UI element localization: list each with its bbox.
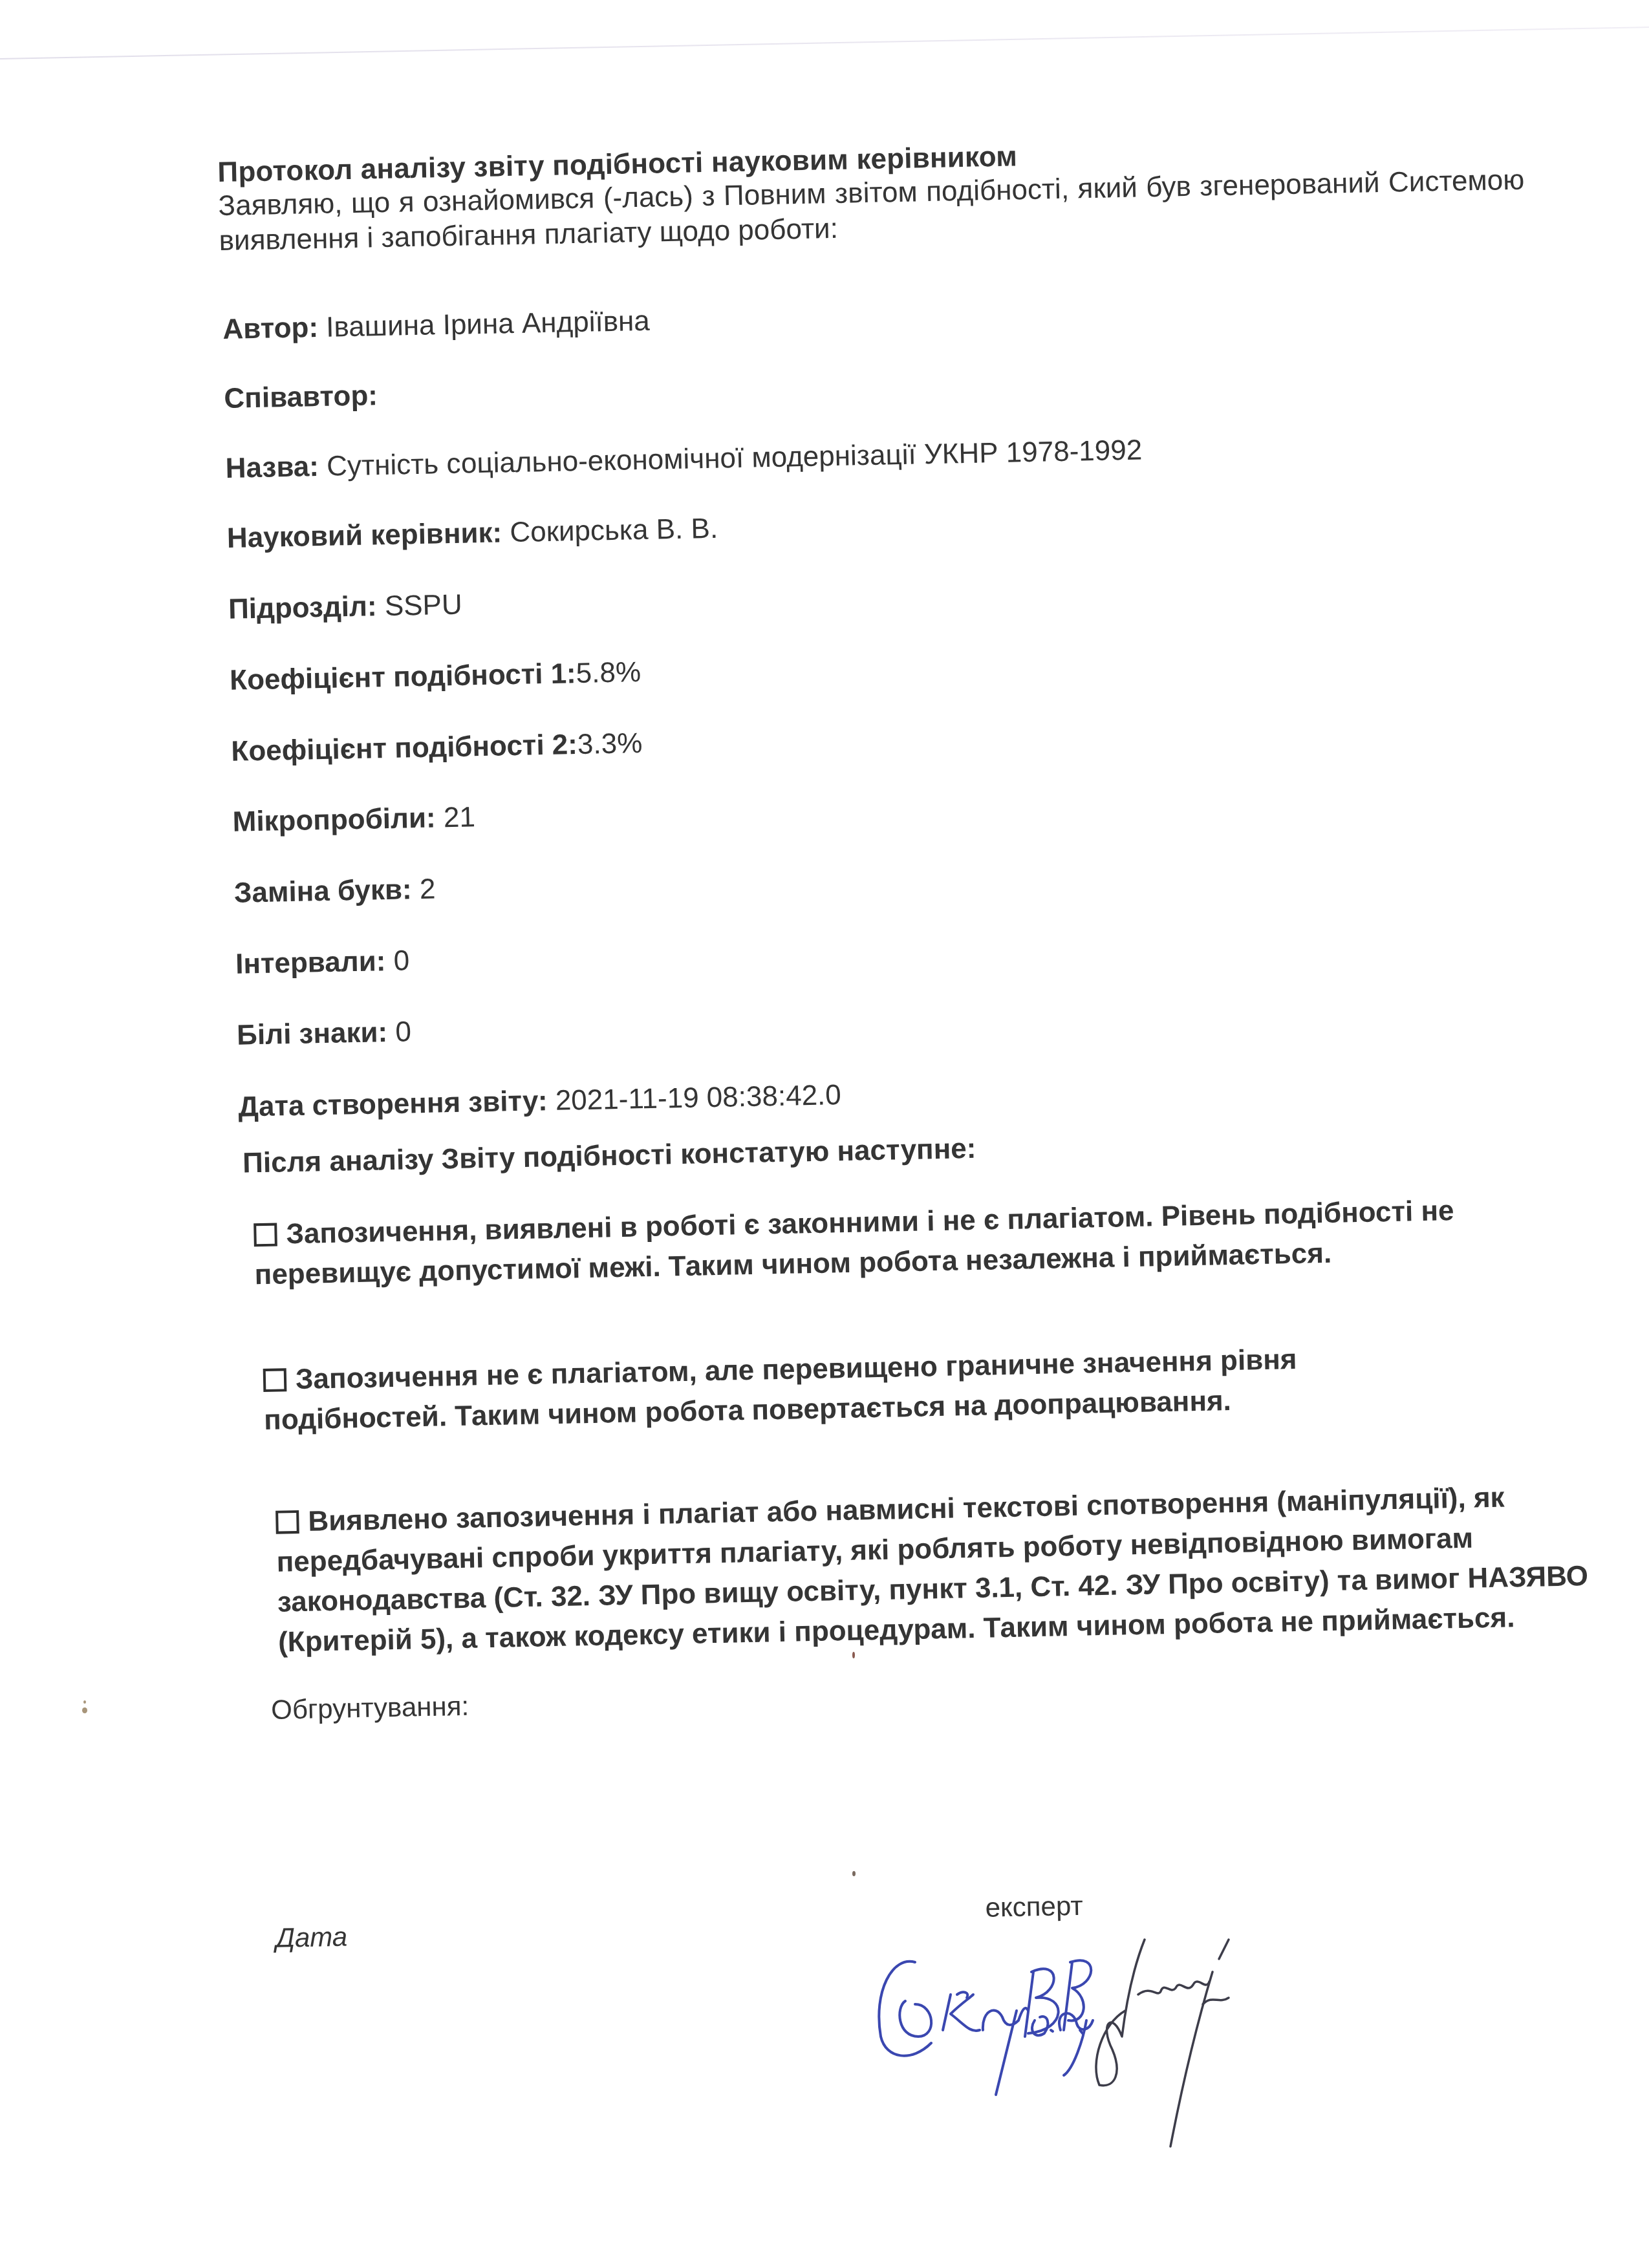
field-value: 21 [443, 801, 475, 833]
field-value: 3.3% [577, 727, 642, 760]
field-microspaces: Мікропробіли: 21 [232, 801, 475, 839]
field-label: Мікропробіли: [232, 802, 436, 838]
option-accepted: Запозичення, виявлені в роботі є законни… [253, 1190, 1522, 1295]
option-rejected: Виявлено запозичення і плагіат або навми… [275, 1476, 1604, 1663]
field-intervals: Інтервали: 0 [235, 945, 410, 980]
field-similarity-2: Коефіцієнт подібності 2:3.3% [231, 727, 643, 768]
handwritten-signature [867, 1933, 1610, 2153]
field-value: Івашина Ірина Андріївна [326, 305, 651, 343]
field-value: Сутність соціально-економічної модерніза… [327, 434, 1143, 482]
field-supervisor: Науковий керівник: Сокирська В. В. [226, 513, 718, 555]
field-label: Заміна букв: [233, 873, 412, 909]
option-revision: Запозичення не є плагіатом, але перевище… [263, 1337, 1441, 1441]
field-label: Підрозділ: [228, 590, 378, 625]
field-label: Коефіцієнт подібності 2: [231, 729, 577, 767]
protocol-page: Протокол аналізу звіту подібності науков… [0, 0, 1649, 2268]
signature-name-strokes [879, 1962, 1093, 2095]
field-title: Назва: Сутність соціально-економічної мо… [225, 434, 1142, 484]
signature-initials-strokes [1025, 1960, 1091, 2037]
option-text: Запозичення, виявлені в роботі є законни… [254, 1195, 1454, 1290]
justification-label: Обгрунтування: [271, 1691, 469, 1726]
statement-heading: Після аналізу Звіту подібності констатую… [242, 1133, 976, 1180]
field-similarity-1: Коефіцієнт подібності 1:5.8% [230, 656, 641, 697]
field-value: 2021-11-19 08:38:42.0 [555, 1079, 841, 1117]
field-white-chars: Білі знаки: 0 [237, 1016, 412, 1051]
field-value: 2 [419, 873, 435, 905]
field-label: Науковий керівник: [226, 517, 502, 554]
option-text: Запозичення не є плагіатом, але перевище… [264, 1343, 1297, 1436]
field-label: Білі знаки: [237, 1016, 388, 1051]
field-label: Коефіцієнт подібності 1: [230, 658, 576, 696]
field-department: Підрозділ: SSPU [228, 589, 463, 626]
field-label: Співавтор: [224, 380, 378, 414]
field-value: 0 [395, 1016, 411, 1047]
checkbox-rejected[interactable] [275, 1510, 299, 1534]
field-value: 5.8% [576, 656, 641, 689]
checkbox-accepted[interactable] [253, 1223, 277, 1247]
checkbox-revision[interactable] [263, 1368, 287, 1392]
field-author: Автор: Івашина Ірина Андріївна [222, 305, 650, 346]
field-value: 0 [393, 945, 409, 976]
field-label: Автор: [222, 312, 319, 345]
field-value: SSPU [384, 589, 462, 622]
field-coauthor: Співавтор: [224, 380, 378, 415]
field-letter-replacement: Заміна букв: 2 [233, 873, 436, 910]
field-label: Інтервали: [235, 945, 386, 980]
date-label: Дата [275, 1921, 348, 1954]
field-report-date: Дата створення звіту: 2021-11-19 08:38:4… [238, 1079, 841, 1124]
field-value: Сокирська В. В. [510, 513, 718, 548]
expert-label: експерт [985, 1890, 1083, 1923]
option-text: Виявлено запозичення і плагіат або навми… [276, 1482, 1588, 1658]
field-label: Назва: [225, 451, 319, 484]
field-label: Дата створення звіту: [238, 1085, 548, 1123]
signature-flourish-strokes [1096, 1940, 1229, 2146]
